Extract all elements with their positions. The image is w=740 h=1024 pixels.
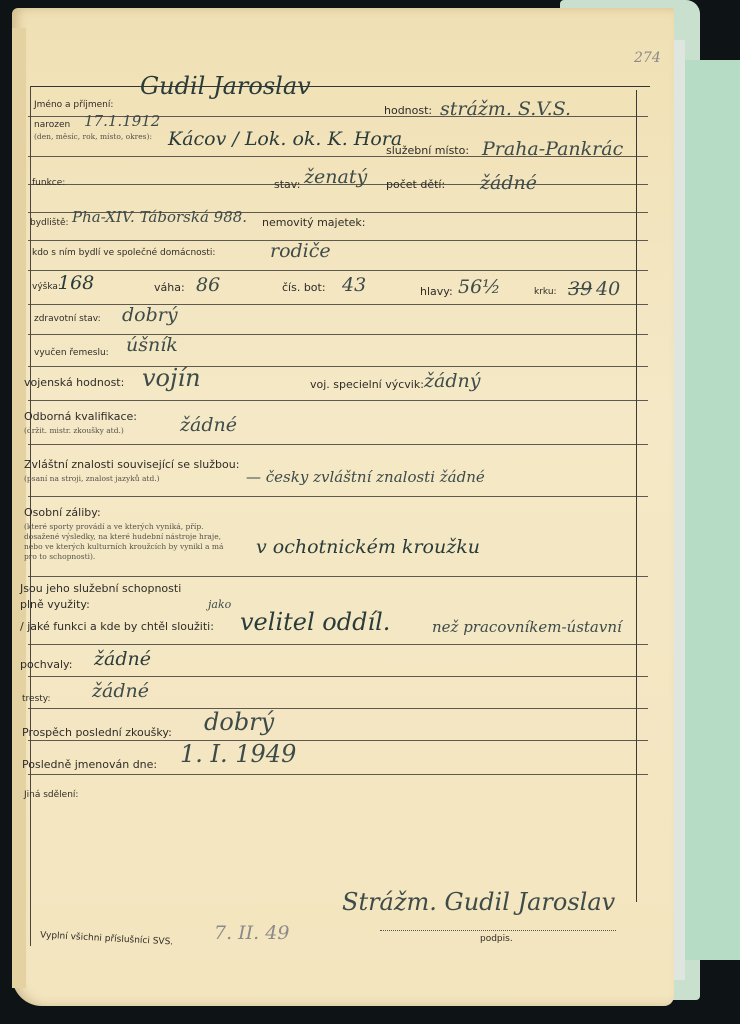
value-neck: 40 bbox=[596, 278, 620, 300]
value-military-training: žádný bbox=[424, 370, 480, 392]
value-military-rank: vojín bbox=[142, 364, 201, 392]
label-head: hlavy: bbox=[420, 285, 453, 298]
label-born-sub: (den, měsíc, rok, místo, okres): bbox=[34, 132, 152, 142]
value-punishments: žádné bbox=[92, 680, 149, 702]
label-household: kdo s ním bydlí ve společné domácnosti: bbox=[32, 248, 215, 258]
label-military-rank: vojenská hodnost: bbox=[24, 376, 124, 389]
label-trade: vyučen řemeslu: bbox=[34, 348, 109, 358]
label-rank: hodnost: bbox=[384, 104, 432, 117]
label-neck: krku: bbox=[534, 287, 557, 297]
label-function: funkce: bbox=[32, 178, 65, 188]
value-abilities-extra: než pracovníkem-ústavní bbox=[432, 618, 622, 636]
label-hobbies: Osobní záliby: bbox=[24, 506, 101, 519]
footer-date: 7. II. 49 bbox=[214, 922, 289, 944]
label-status: stav: bbox=[274, 178, 300, 191]
signature-line bbox=[380, 930, 616, 931]
value-weight: 86 bbox=[196, 274, 220, 296]
label-residence: bydliště: bbox=[30, 218, 69, 228]
footer-note: Vyplní všichni příslušníci SVS. bbox=[40, 931, 174, 948]
value-exam-result: dobrý bbox=[204, 708, 274, 736]
label-punishments: tresty: bbox=[22, 694, 51, 704]
value-trade: úšník bbox=[126, 334, 178, 356]
label-exam-result: Prospěch poslední zkoušky: bbox=[22, 726, 172, 739]
label-special-knowledge-sub: (psaní na stroji, znalost jazyků atd.) bbox=[24, 474, 160, 484]
value-name: Gudil Jaroslav bbox=[140, 72, 311, 100]
label-health: zdravotní stav: bbox=[34, 314, 101, 324]
label-abilities-3: / jaké funkci a kde by chtěl sloužiti: bbox=[20, 620, 214, 633]
value-head: 56½ bbox=[458, 276, 501, 298]
label-qualification-sub: (držit. mistr. zkoušky atd.) bbox=[24, 426, 124, 436]
label-abilities-1: Jsou jeho služební schopnosti bbox=[20, 582, 181, 595]
value-abilities: velitel oddíl. bbox=[240, 608, 390, 636]
value-rank: strážm. S.V.S. bbox=[440, 98, 571, 120]
label-qualification: Odborná kvalifikace: bbox=[24, 410, 137, 423]
label-weight: váha: bbox=[154, 281, 185, 294]
value-household: rodiče bbox=[270, 240, 331, 262]
value-shoe-size: 43 bbox=[342, 274, 366, 296]
value-qualification: žádné bbox=[180, 414, 237, 436]
value-residence: Pha-XIV. Táborská 988. bbox=[72, 208, 247, 226]
value-service-place: Praha-Pankrác bbox=[482, 138, 623, 160]
value-health: dobrý bbox=[122, 304, 178, 326]
value-last-appointed: 1. I. 1949 bbox=[180, 740, 296, 768]
label-commendations: pochvaly: bbox=[20, 658, 72, 671]
value-height: 168 bbox=[58, 272, 94, 294]
label-height: výška: bbox=[32, 282, 61, 292]
signature-label: podpis. bbox=[480, 934, 513, 944]
value-children: žádné bbox=[480, 172, 537, 194]
value-special-knowledge: — česky zvláštní znalosti žádné bbox=[246, 468, 485, 486]
signature: Strážm. Gudil Jaroslav bbox=[342, 888, 615, 916]
value-neck-struck: 39 bbox=[568, 278, 592, 300]
value-birth-date: 17.1.1912 bbox=[84, 112, 160, 130]
label-abilities-2: plně využity: bbox=[20, 598, 90, 611]
label-last-appointed: Posledně jmenován dne: bbox=[22, 758, 157, 771]
label-special-knowledge: Zvláštní znalosti související se službou… bbox=[24, 458, 239, 471]
label-born: narozen bbox=[34, 120, 70, 130]
label-other-notes: Jiná sdělení: bbox=[24, 790, 78, 800]
label-military-training: voj. specielní výcvik: bbox=[310, 378, 424, 391]
page-number: 274 bbox=[634, 50, 661, 66]
label-service-place: služební místo: bbox=[386, 144, 469, 157]
value-birth-place: Kácov / Lok. ok. K. Hora bbox=[168, 128, 402, 150]
value-commendations: žádné bbox=[94, 648, 151, 670]
label-hobbies-sub: (které sporty provádí a ve kterých vynik… bbox=[24, 522, 234, 562]
value-status: ženatý bbox=[304, 166, 367, 188]
label-shoe-size: čís. bot: bbox=[282, 281, 326, 294]
label-name: Jméno a příjmení: bbox=[34, 100, 113, 110]
label-children: počet dětí: bbox=[386, 178, 445, 191]
label-property: nemovitý majetek: bbox=[262, 216, 366, 229]
frame-right bbox=[636, 90, 637, 902]
value-hobbies: v ochotnickém kroužku bbox=[256, 536, 480, 558]
value-abilities-prefix: jako bbox=[208, 598, 231, 611]
personnel-form-page: 274 Jméno a příjmení: Gudil Jaroslav hod… bbox=[12, 8, 674, 1006]
